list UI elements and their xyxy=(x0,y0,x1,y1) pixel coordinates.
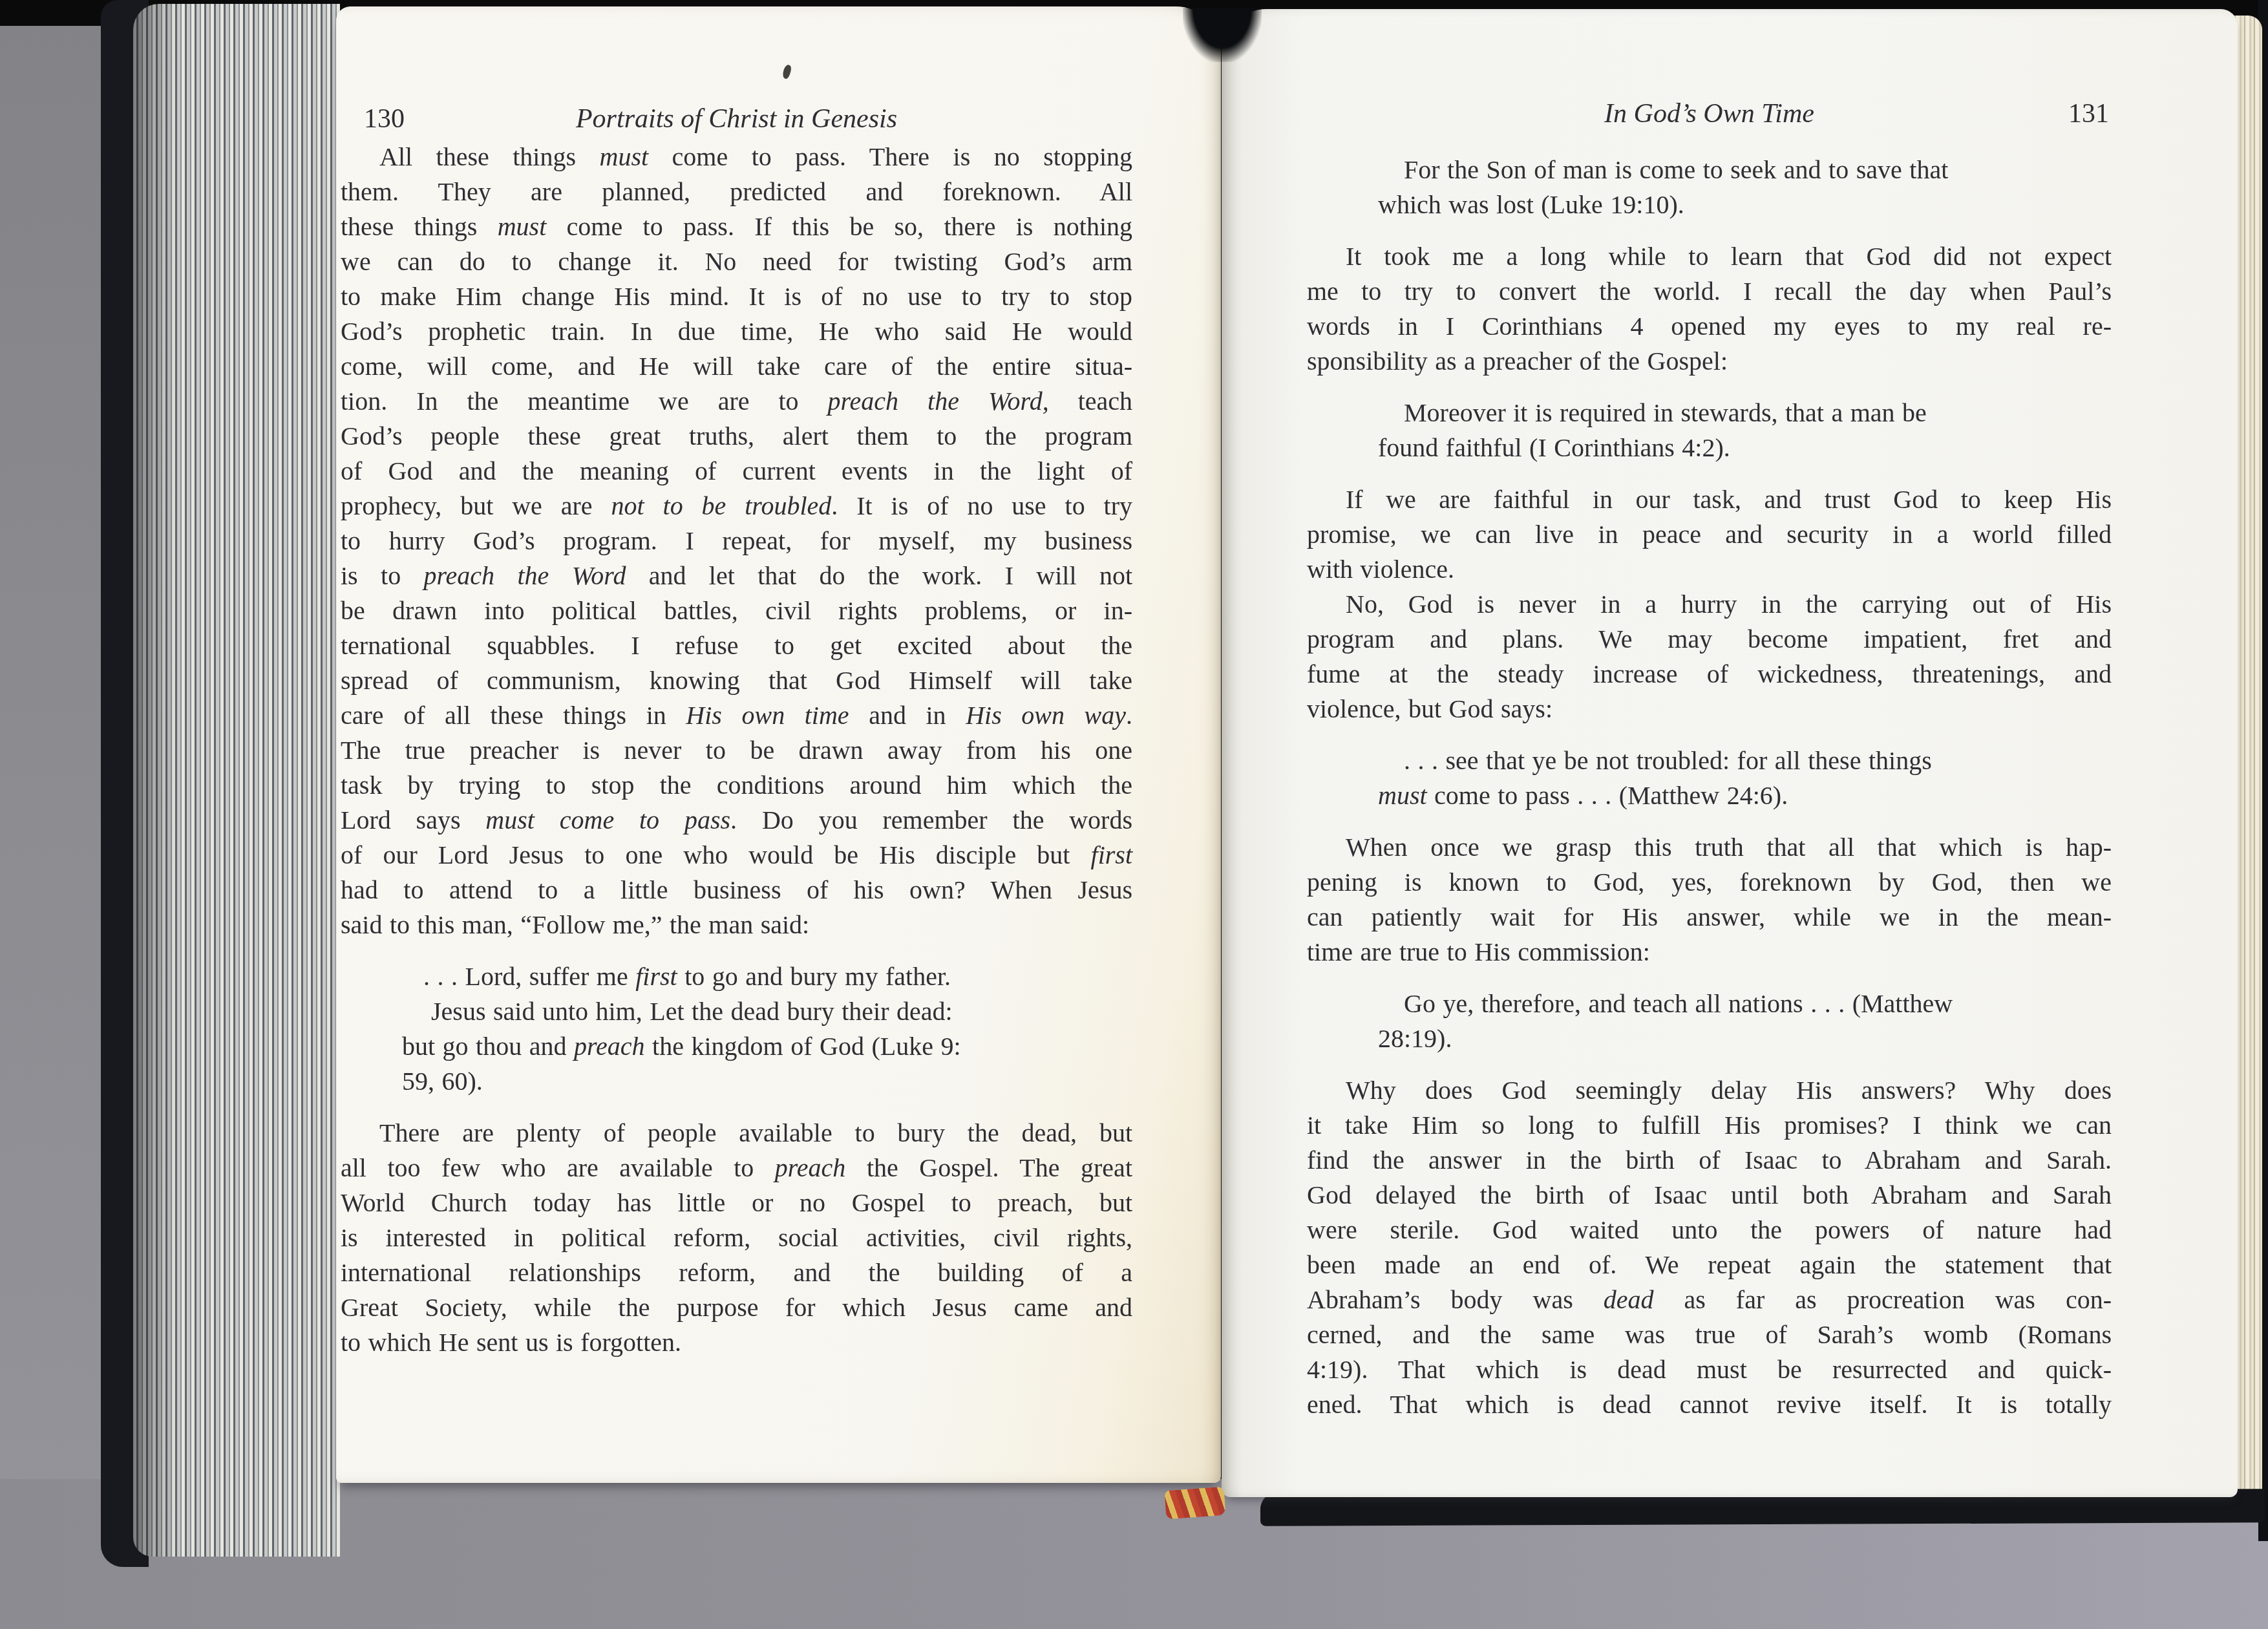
text-segment: it take Him so long to fulfill His promi… xyxy=(1307,1111,2112,1140)
text-line: international relationships reform, and … xyxy=(341,1255,1132,1290)
text-segment: all too few who are available to xyxy=(341,1153,775,1182)
text-line: If we are faithful in our task, and trus… xyxy=(1307,482,2112,517)
text-line: which was lost (Luke 19:10). xyxy=(1307,187,2112,222)
text-line: must come to pass . . . (Matthew 24:6). xyxy=(1307,778,2112,813)
text-segment: pening is known to God, yes, foreknown b… xyxy=(1307,868,2112,897)
text-line: cerned, and the same was true of Sarah’s… xyxy=(1307,1317,2112,1352)
paragraph: When once we grasp this truth that all t… xyxy=(1307,830,2112,970)
italic-text: preach xyxy=(775,1153,846,1182)
text-segment: ened. That which is dead cannot revive i… xyxy=(1307,1390,2112,1419)
text-line: ternational squabbles. I refuse to get e… xyxy=(341,628,1132,663)
text-line: been made an end of. We repeat again the… xyxy=(1307,1248,2112,1283)
text-segment: . It is of no use to try xyxy=(831,491,1132,520)
text-segment: been made an end of. We repeat again the… xyxy=(1307,1250,2112,1279)
text-segment: but go thou and xyxy=(402,1032,574,1061)
text-segment: tion. In the meantime we are to xyxy=(341,387,828,416)
text-line: had to attend to a little business of hi… xyxy=(341,873,1132,908)
text-segment: World Church today has little or no Gosp… xyxy=(341,1188,1132,1217)
text-line: found faithful (I Corinthians 4:2). xyxy=(1307,431,2112,465)
text-line: 4:19). That which is dead must be resurr… xyxy=(1307,1352,2112,1387)
text-segment: cerned, and the same was true of Sarah’s… xyxy=(1307,1320,2112,1349)
text-segment: For the Son of man is come to seek and t… xyxy=(1404,155,1948,184)
text-segment: them. They are planned, predicted and fo… xyxy=(341,177,1132,206)
text-line: Lord says must come to pass. Do you reme… xyxy=(341,803,1132,838)
left-page-header: 130 Portraits of Christ in Genesis xyxy=(341,102,1132,141)
paragraph: It took me a long while to learn that Go… xyxy=(1307,239,2112,379)
text-line: . . . Lord, suffer me first to go and bu… xyxy=(341,959,1132,994)
text-segment: the kingdom of God (Luke 9: xyxy=(645,1032,961,1061)
text-line: Jesus said unto him, Let the dead bury t… xyxy=(341,994,1132,1029)
block-quote: . . . Lord, suffer me first to go and bu… xyxy=(341,959,1132,1099)
text-segment: these things xyxy=(341,212,498,241)
text-segment: program and plans. We may become impatie… xyxy=(1307,624,2112,654)
text-line: of our Lord Jesus to one who would be Hi… xyxy=(341,838,1132,873)
page-number: 131 xyxy=(2068,97,2109,131)
text-segment: Go ye, therefore, and teach all nations … xyxy=(1404,989,1953,1018)
text-segment: God’s people these great truths, alert t… xyxy=(341,421,1132,451)
text-segment: There are plenty of people available to … xyxy=(379,1118,1132,1147)
italic-text: must come to pass xyxy=(485,805,730,835)
paragraph: There are plenty of people available to … xyxy=(341,1116,1132,1360)
paragraph: If we are faithful in our task, and trus… xyxy=(1307,482,2112,587)
text-segment: It took me a long while to learn that Go… xyxy=(1346,242,2112,271)
text-segment: can patiently wait for His answer, while… xyxy=(1307,902,2112,932)
text-segment: is to xyxy=(341,561,424,590)
text-segment: we can do to change it. No need for twis… xyxy=(341,247,1132,276)
text-line: of God and the meaning of current events… xyxy=(341,454,1132,489)
text-segment: come to pass . . . (Matthew 24:6). xyxy=(1427,781,1788,810)
text-line: Abraham’s body was dead as far as procre… xyxy=(1307,1283,2112,1317)
text-segment: Moreover it is required in stewards, tha… xyxy=(1404,398,1927,427)
text-segment: prophecy, but we are xyxy=(341,491,611,520)
text-segment: The true preacher is never to be drawn a… xyxy=(341,736,1132,765)
text-segment: When once we grasp this truth that all t… xyxy=(1346,833,2112,862)
text-line: them. They are planned, predicted and fo… xyxy=(341,175,1132,209)
italic-text: preach the Word xyxy=(424,561,626,590)
text-line: care of all these things in His own time… xyxy=(341,698,1132,733)
text-segment: fume at the steady increase of wickednes… xyxy=(1307,659,2112,688)
italic-text: preach the Word, xyxy=(828,387,1049,416)
text-segment: . Do you remember the words xyxy=(730,805,1132,835)
block-quote: Go ye, therefore, and teach all nations … xyxy=(1307,986,2112,1056)
text-line: words in I Corinthians 4 opened my eyes … xyxy=(1307,309,2112,344)
gutter-shadow xyxy=(1183,8,1262,62)
text-line: spread of communism, knowing that God Hi… xyxy=(341,663,1132,698)
text-line: but go thou and preach the kingdom of Go… xyxy=(341,1029,1132,1064)
left-page: 130 Portraits of Christ in Genesis All t… xyxy=(336,6,1221,1483)
text-segment: . . . see that ye be not troubled: for a… xyxy=(1404,746,1932,775)
text-segment: No, God is never in a hurry in the carry… xyxy=(1346,590,2112,619)
text-line: is interested in political reform, socia… xyxy=(341,1220,1132,1255)
paragraph: All these things must come to pass. Ther… xyxy=(341,140,1132,942)
right-page: In God’s Own Time 131 For the Son of man… xyxy=(1222,9,2238,1497)
text-segment: of God and the meaning of current events… xyxy=(341,456,1132,485)
text-line: Why does God seemingly delay His answers… xyxy=(1307,1073,2112,1108)
text-line: were sterile. God waited unto the powers… xyxy=(1307,1213,2112,1248)
italic-text: preach xyxy=(574,1032,645,1061)
text-line: The true preacher is never to be drawn a… xyxy=(341,733,1132,768)
headband-ribbon xyxy=(1165,1487,1226,1519)
text-segment: God delayed the birth of Isaac until bot… xyxy=(1307,1180,2112,1209)
text-line: 59, 60). xyxy=(341,1064,1132,1099)
text-segment: If we are faithful in our task, and trus… xyxy=(1346,485,2112,514)
text-line: pening is known to God, yes, foreknown b… xyxy=(1307,865,2112,900)
paragraph: No, God is never in a hurry in the carry… xyxy=(1307,587,2112,727)
running-title: In God’s Own Time xyxy=(1307,97,2112,131)
text-segment: promise, we can live in peace and securi… xyxy=(1307,520,2112,549)
text-line: to make Him change His mind. It is of no… xyxy=(341,279,1132,314)
text-line: these things must come to pass. If this … xyxy=(341,209,1132,244)
text-line: Great Society, while the purpose for whi… xyxy=(341,1290,1132,1325)
text-line: can patiently wait for His answer, while… xyxy=(1307,900,2112,935)
text-segment: spread of communism, knowing that God Hi… xyxy=(341,666,1132,695)
text-segment: come, will come, and He will take care o… xyxy=(341,352,1132,381)
text-line: fume at the steady increase of wickednes… xyxy=(1307,657,2112,692)
block-quote: For the Son of man is come to seek and t… xyxy=(1307,153,2112,222)
text-segment: All these things xyxy=(379,142,600,171)
text-segment: Lord says xyxy=(341,805,485,835)
text-line: All these things must come to pass. Ther… xyxy=(341,140,1132,175)
text-segment: the Gospel. The great xyxy=(845,1153,1132,1182)
text-segment: Abraham’s body was xyxy=(1307,1285,1604,1314)
text-line: is to preach the Word and let that do th… xyxy=(341,559,1132,593)
text-segment: . xyxy=(1126,701,1132,730)
italic-text: must xyxy=(1378,781,1427,810)
scanned-book-spread: 130 Portraits of Christ in Genesis All t… xyxy=(0,0,2268,1629)
text-segment: had to attend to a little business of hi… xyxy=(341,875,1132,904)
text-segment: Jesus said unto him, Let the dead bury t… xyxy=(431,997,953,1026)
text-segment: found faithful (I Corinthians 4:2). xyxy=(1378,433,1730,462)
text-segment: Great Society, while the purpose for whi… xyxy=(341,1293,1132,1322)
paragraph: Why does God seemingly delay His answers… xyxy=(1307,1073,2112,1422)
text-segment: teach xyxy=(1049,387,1132,416)
text-line: promise, we can live in peace and securi… xyxy=(1307,517,2112,552)
text-segment: me to try to convert the world. I recall… xyxy=(1307,277,2112,306)
text-segment: come to pass. If this be so, there is no… xyxy=(546,212,1132,241)
text-segment: to make Him change His mind. It is of no… xyxy=(341,282,1132,311)
text-segment: words in I Corinthians 4 opened my eyes … xyxy=(1307,312,2112,341)
text-segment: and let that do the work. I will not xyxy=(626,561,1132,590)
text-line: be drawn into political battles, civil r… xyxy=(341,593,1132,628)
text-segment: of our Lord Jesus to one who would be Hi… xyxy=(341,840,1091,869)
text-segment: . . . Lord, suffer me xyxy=(423,962,635,991)
text-segment: 28:19). xyxy=(1378,1024,1452,1053)
text-line: tion. In the meantime we are to preach t… xyxy=(341,384,1132,419)
italic-text: not to be troubled xyxy=(611,491,831,520)
text-segment: time are true to His commission: xyxy=(1307,937,1650,966)
text-line: sponsibility as a preacher of the Gospel… xyxy=(1307,344,2112,379)
text-line: God’s people these great truths, alert t… xyxy=(341,419,1132,454)
text-segment: with violence. xyxy=(1307,555,1454,584)
text-segment: sponsibility as a preacher of the Gospel… xyxy=(1307,346,1728,376)
text-segment: as far as procreation was con- xyxy=(1654,1285,2112,1314)
text-line: It took me a long while to learn that Go… xyxy=(1307,239,2112,274)
text-line: time are true to His commission: xyxy=(1307,935,2112,970)
text-segment: care of all these things in xyxy=(341,701,686,730)
text-line: God’s prophetic train. In due time, He w… xyxy=(341,314,1132,349)
text-line: it take Him so long to fulfill His promi… xyxy=(1307,1108,2112,1143)
text-segment: 59, 60). xyxy=(402,1067,483,1096)
right-page-text: For the Son of man is come to seek and t… xyxy=(1307,153,2112,1422)
text-line: program and plans. We may become impatie… xyxy=(1307,622,2112,657)
text-line: For the Son of man is come to seek and t… xyxy=(1307,153,2112,187)
text-line: ened. That which is dead cannot revive i… xyxy=(1307,1387,2112,1422)
text-segment: to hurry God’s program. I repeat, for my… xyxy=(341,526,1132,555)
text-line: Go ye, therefore, and teach all nations … xyxy=(1307,986,2112,1021)
text-line: There are plenty of people available to … xyxy=(341,1116,1132,1151)
text-segment: 4:19). That which is dead must be resurr… xyxy=(1307,1355,2112,1384)
text-line: to hurry God’s program. I repeat, for my… xyxy=(341,524,1132,559)
text-segment: is interested in political reform, socia… xyxy=(341,1223,1132,1252)
right-page-header: In God’s Own Time 131 xyxy=(1307,97,2112,136)
text-segment: and in xyxy=(849,701,966,730)
text-line: task by trying to stop the conditions ar… xyxy=(341,768,1132,803)
text-line: prophecy, but we are not to be troubled.… xyxy=(341,489,1132,524)
text-segment: task by trying to stop the conditions ar… xyxy=(341,771,1132,800)
text-segment: be drawn into political battles, civil r… xyxy=(341,596,1132,625)
text-segment: to go and bury my father. xyxy=(677,962,951,991)
italic-text: first xyxy=(635,962,677,991)
italic-text: first xyxy=(1091,840,1132,869)
text-line: violence, but God says: xyxy=(1307,692,2112,727)
text-line: No, God is never in a hurry in the carry… xyxy=(1307,587,2112,622)
text-line: God delayed the birth of Isaac until bot… xyxy=(1307,1178,2112,1213)
text-line: said to this man, “Follow me,” the man s… xyxy=(341,908,1132,942)
text-line: Moreover it is required in stewards, tha… xyxy=(1307,396,2112,431)
italic-text: must xyxy=(600,142,649,171)
text-line: find the answer in the birth of Isaac to… xyxy=(1307,1143,2112,1178)
text-line: with violence. xyxy=(1307,552,2112,587)
text-segment: international relationships reform, and … xyxy=(341,1258,1132,1287)
text-segment: to which He sent us is forgotten. xyxy=(341,1328,681,1357)
block-quote: . . . see that ye be not troubled: for a… xyxy=(1307,743,2112,813)
text-segment: violence, but God says: xyxy=(1307,694,1553,723)
left-page-text: All these things must come to pass. Ther… xyxy=(341,140,1132,1360)
block-quote: Moreover it is required in stewards, tha… xyxy=(1307,396,2112,465)
running-title: Portraits of Christ in Genesis xyxy=(341,102,1132,136)
italic-text: dead xyxy=(1604,1285,1654,1314)
text-line: me to try to convert the world. I recall… xyxy=(1307,274,2112,309)
text-line: to which He sent us is forgotten. xyxy=(341,1325,1132,1360)
text-line: . . . see that ye be not troubled: for a… xyxy=(1307,743,2112,778)
text-line: 28:19). xyxy=(1307,1021,2112,1056)
text-line: When once we grasp this truth that all t… xyxy=(1307,830,2112,865)
text-segment: were sterile. God waited unto the powers… xyxy=(1307,1215,2112,1244)
text-line: we can do to change it. No need for twis… xyxy=(341,244,1132,279)
text-segment: said to this man, “Follow me,” the man s… xyxy=(341,910,809,939)
left-page-edge-stack xyxy=(133,4,340,1557)
text-line: all too few who are available to preach … xyxy=(341,1151,1132,1186)
italic-text: must xyxy=(498,212,547,241)
text-segment: ternational squabbles. I refuse to get e… xyxy=(341,631,1132,660)
text-line: come, will come, and He will take care o… xyxy=(341,349,1132,384)
italic-text: His own time xyxy=(686,701,849,730)
text-segment: find the answer in the birth of Isaac to… xyxy=(1307,1145,2112,1175)
italic-text: His own way xyxy=(966,701,1126,730)
text-segment: God’s prophetic train. In due time, He w… xyxy=(341,317,1132,346)
text-segment: Why does God seemingly delay His answers… xyxy=(1346,1076,2112,1105)
text-line: World Church today has little or no Gosp… xyxy=(341,1186,1132,1220)
text-segment: come to pass. There is no stopping xyxy=(648,142,1132,171)
text-segment: which was lost (Luke 19:10). xyxy=(1378,190,1684,219)
